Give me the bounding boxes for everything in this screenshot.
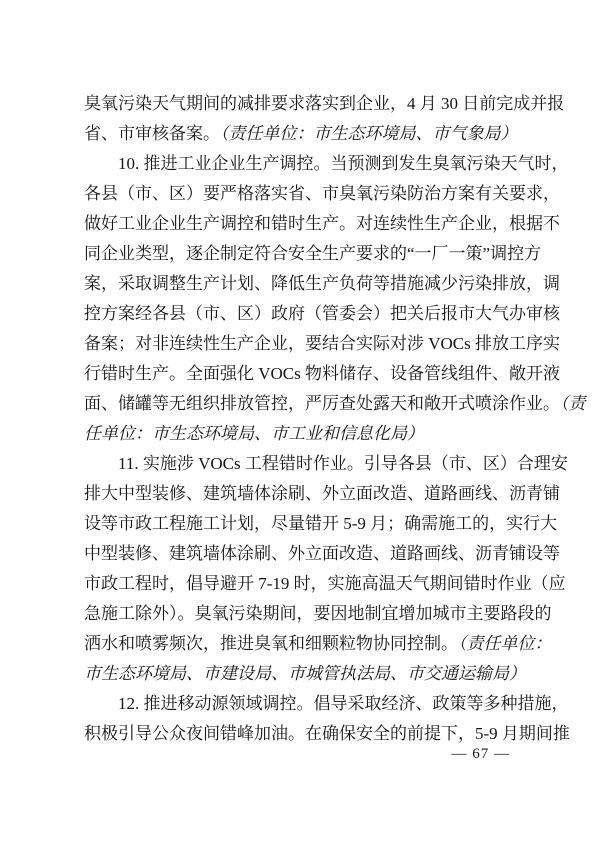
body-text-segment: 面、储罐等无组织排放管控，严厉查处露天和敞开式喷涂作业。 (84, 394, 560, 413)
text-line: 市生态环境局、市建设局、市城管执法局、市交通运输局） (84, 659, 516, 689)
body-text-segment: 臭氧污染天气期间的减排要求落实到企业，4 月 30 日前完成并报 (84, 94, 564, 113)
page-number: — 67 — (84, 742, 510, 766)
text-line: 案，采取调整生产计划、降低生产负荷等措施减少污染排放，调 (84, 269, 516, 299)
body-text-segment: 做好工业企业生产调控和错时生产。对连续性生产企业，根据不 (84, 214, 560, 233)
text-line: 急施工除外）。臭氧污染期间，要因地制宜增加城市主要路段的 (84, 599, 516, 629)
body-text-segment: 行错时生产。全面强化 VOCs 物料储存、设备管线组件、敞开液 (84, 364, 560, 383)
text-line: 做好工业企业生产调控和错时生产。对连续性生产企业，根据不 (84, 209, 516, 239)
text-line: 11. 实施涉 VOCs 工程错时作业。引导各县（市、区）合理安 (84, 449, 516, 479)
text-line: 市政工程时，倡导避开 7-19 时，实施高温天气期间错时作业（应 (84, 569, 516, 599)
document-page: 臭氧污染天气期间的减排要求落实到企业，4 月 30 日前完成并报省、市审核备案。… (0, 0, 600, 848)
body-text-segment: 10. 推进工业企业生产调控。当预测到发生臭氧污染天气时， (118, 154, 569, 173)
body-text-segment: 案，采取调整生产计划、降低生产负荷等措施减少污染排放，调 (84, 274, 560, 293)
body-text-segment: 市政工程时，倡导避开 7-19 时，实施高温天气期间错时作业（应 (84, 574, 566, 593)
body-text-segment: 洒水和喷雾频次，推进臭氧和细颗粒物协同控制。 (84, 634, 458, 653)
text-line: 设等市政工程施工计划，尽量错开 5-9 月；确需施工的，实行大 (84, 509, 516, 539)
body-text-segment: 中型装修、建筑墙体涂刷、外立面改造、道路画线、沥青铺设等 (84, 544, 560, 563)
responsibility-unit-text: 市生态环境局、市建设局、市城管执法局、市交通运输局） (84, 664, 526, 683)
responsibility-unit-text: （责任单位： (458, 634, 552, 653)
body-text-segment: 积极引导公众夜间错峰加油。在确保安全的前提下，5-9 月期间推 (84, 724, 570, 743)
body-text-segment: 设等市政工程施工计划，尽量错开 5-9 月；确需施工的，实行大 (84, 514, 557, 533)
text-line: 省、市审核备案。（责任单位：市生态环境局、市气象局） (84, 119, 516, 149)
body-text-segment: 控方案经各县（市、区）政府（管委会）把关后报市大气办审核 (84, 304, 560, 323)
text-line: 备案；对非连续性生产企业，要结合实际对涉 VOCs 排放工序实 (84, 329, 516, 359)
text-line: 12. 推进移动源领域调控。倡导采取经济、政策等多种措施， (84, 689, 516, 719)
body-text-segment: 同企业类型，逐企制定符合安全生产要求的“一厂一策”调控方 (84, 244, 541, 263)
text-line: 臭氧污染天气期间的减排要求落实到企业，4 月 30 日前完成并报 (84, 89, 516, 119)
body-text-segment: 各县（市、区）要严格落实省、市臭氧污染防治方案有关要求， (84, 184, 560, 203)
body-text-segment: 12. 推进移动源领域调控。倡导采取经济、政策等多种措施， (118, 694, 569, 713)
responsibility-unit-text: （责 (560, 394, 586, 413)
text-line: 洒水和喷雾频次，推进臭氧和细颗粒物协同控制。（责任单位： (84, 629, 516, 659)
body-text-segment: 排大中型装修、建筑墙体涂刷、外立面改造、道路画线、沥青铺 (84, 484, 560, 503)
text-line: 同企业类型，逐企制定符合安全生产要求的“一厂一策”调控方 (84, 239, 516, 269)
text-line: 排大中型装修、建筑墙体涂刷、外立面改造、道路画线、沥青铺 (84, 479, 516, 509)
text-line: 控方案经各县（市、区）政府（管委会）把关后报市大气办审核 (84, 299, 516, 329)
text-line: 10. 推进工业企业生产调控。当预测到发生臭氧污染天气时， (84, 149, 516, 179)
text-line: 行错时生产。全面强化 VOCs 物料储存、设备管线组件、敞开液 (84, 359, 516, 389)
text-line: 面、储罐等无组织排放管控，严厉查处露天和敞开式喷涂作业。（责 (84, 389, 516, 419)
responsibility-unit-text: 任单位：市生态环境局、市工业和信息化局） (84, 424, 424, 443)
body-text-segment: 省、市审核备案。 (84, 124, 220, 143)
body-text-segment: 急施工除外）。臭氧污染期间，要因地制宜增加城市主要路段的 (84, 604, 552, 623)
body-text-segment: 备案；对非连续性生产企业，要结合实际对涉 VOCs 排放工序实 (84, 334, 560, 353)
text-line: 任单位：市生态环境局、市工业和信息化局） (84, 419, 516, 449)
responsibility-unit-text: （责任单位：市生态环境局、市气象局） (220, 124, 518, 143)
text-line: 各县（市、区）要严格落实省、市臭氧污染防治方案有关要求， (84, 179, 516, 209)
document-body: 臭氧污染天气期间的减排要求落实到企业，4 月 30 日前完成并报省、市审核备案。… (84, 89, 516, 749)
text-line: 中型装修、建筑墙体涂刷、外立面改造、道路画线、沥青铺设等 (84, 539, 516, 569)
body-text-segment: 11. 实施涉 VOCs 工程错时作业。引导各县（市、区）合理安 (118, 454, 568, 473)
